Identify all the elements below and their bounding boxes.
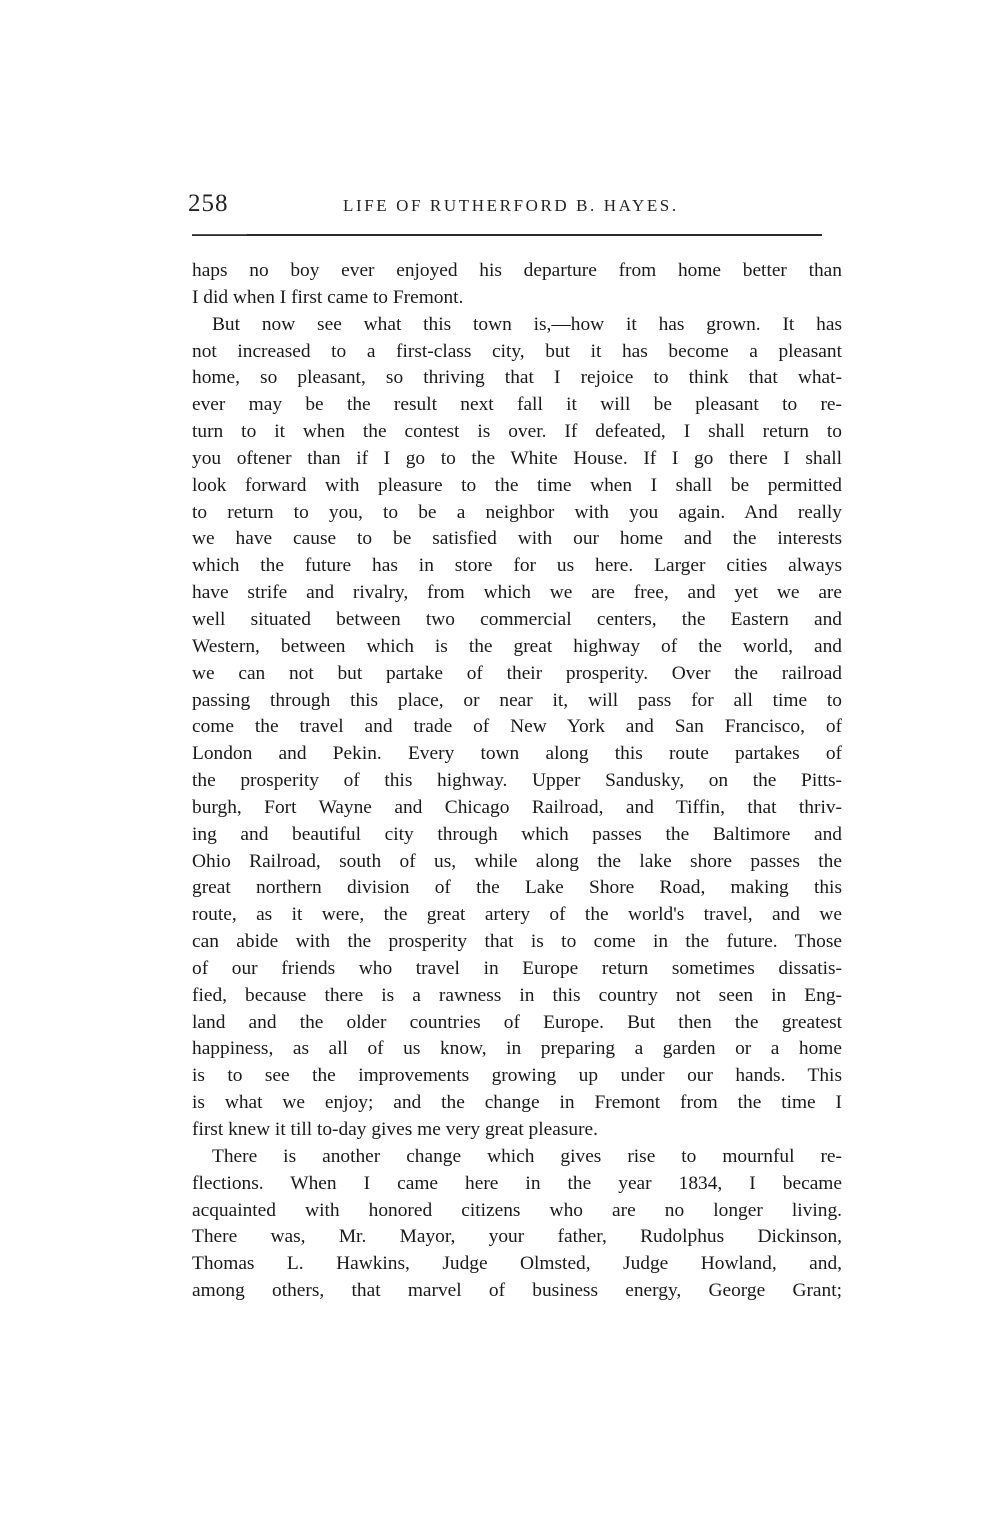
- running-head: 258 LIFE OF RUTHERFORD B. HAYES.: [188, 190, 828, 222]
- text-line: the prosperity of this highway. Upper Sa…: [192, 768, 842, 795]
- text-line: But now see what this town is,—how it ha…: [192, 312, 842, 339]
- text-line: to return to you, to be a neighbor with …: [192, 500, 842, 527]
- text-line: passing through this place, or near it, …: [192, 688, 842, 715]
- text-line: London and Pekin. Every town along this …: [192, 741, 842, 768]
- text-line: turn to it when the contest is over. If …: [192, 419, 842, 446]
- text-line: There is another change which gives rise…: [192, 1144, 842, 1171]
- text-line: great northern division of the Lake Shor…: [192, 875, 842, 902]
- text-line: There was, Mr. Mayor, your father, Rudol…: [192, 1224, 842, 1251]
- text-line: well situated between two commercial cen…: [192, 607, 842, 634]
- page-number: 258: [188, 190, 229, 218]
- text-line: which the future has in store for us her…: [192, 553, 842, 580]
- text-line: can abide with the prosperity that is to…: [192, 929, 842, 956]
- header-rule: [192, 234, 822, 236]
- text-line: flections. When I came here in the year …: [192, 1171, 842, 1198]
- text-line: home, so pleasant, so thriving that I re…: [192, 365, 842, 392]
- body-text: haps no boy ever enjoyed his departure f…: [192, 258, 842, 1305]
- text-line: land and the older countries of Europe. …: [192, 1010, 842, 1037]
- text-line: first knew it till to-day gives me very …: [192, 1117, 842, 1144]
- text-line: have strife and rivalry, from which we a…: [192, 580, 842, 607]
- text-line: Ohio Railroad, south of us, while along …: [192, 849, 842, 876]
- text-line: not increased to a first-class city, but…: [192, 339, 842, 366]
- text-line: burgh, Fort Wayne and Chicago Railroad, …: [192, 795, 842, 822]
- text-line: we have cause to be satisfied with our h…: [192, 526, 842, 553]
- text-line: ever may be the result next fall it will…: [192, 392, 842, 419]
- text-line: is what we enjoy; and the change in Frem…: [192, 1090, 842, 1117]
- text-line: route, as it were, the great artery of t…: [192, 902, 842, 929]
- text-line: look forward with pleasure to the time w…: [192, 473, 842, 500]
- text-line: of our friends who travel in Europe retu…: [192, 956, 842, 983]
- book-page: 258 LIFE OF RUTHERFORD B. HAYES. haps no…: [0, 0, 1000, 1517]
- text-line: among others, that marvel of business en…: [192, 1278, 842, 1305]
- text-line: Western, between which is the great high…: [192, 634, 842, 661]
- text-line: happiness, as all of us know, in prepari…: [192, 1036, 842, 1063]
- text-line: haps no boy ever enjoyed his departure f…: [192, 258, 842, 285]
- text-line: we can not but partake of their prosperi…: [192, 661, 842, 688]
- text-line: fied, because there is a rawness in this…: [192, 983, 842, 1010]
- text-line: ing and beautiful city through which pas…: [192, 822, 842, 849]
- running-head-title: LIFE OF RUTHERFORD B. HAYES.: [343, 196, 679, 216]
- text-line: is to see the improvements growing up un…: [192, 1063, 842, 1090]
- text-line: I did when I first came to Fremont.: [192, 285, 842, 312]
- text-line: Thomas L. Hawkins, Judge Olmsted, Judge …: [192, 1251, 842, 1278]
- text-line: you oftener than if I go to the White Ho…: [192, 446, 842, 473]
- text-line: come the travel and trade of New York an…: [192, 714, 842, 741]
- text-line: acquainted with honored citizens who are…: [192, 1198, 842, 1225]
